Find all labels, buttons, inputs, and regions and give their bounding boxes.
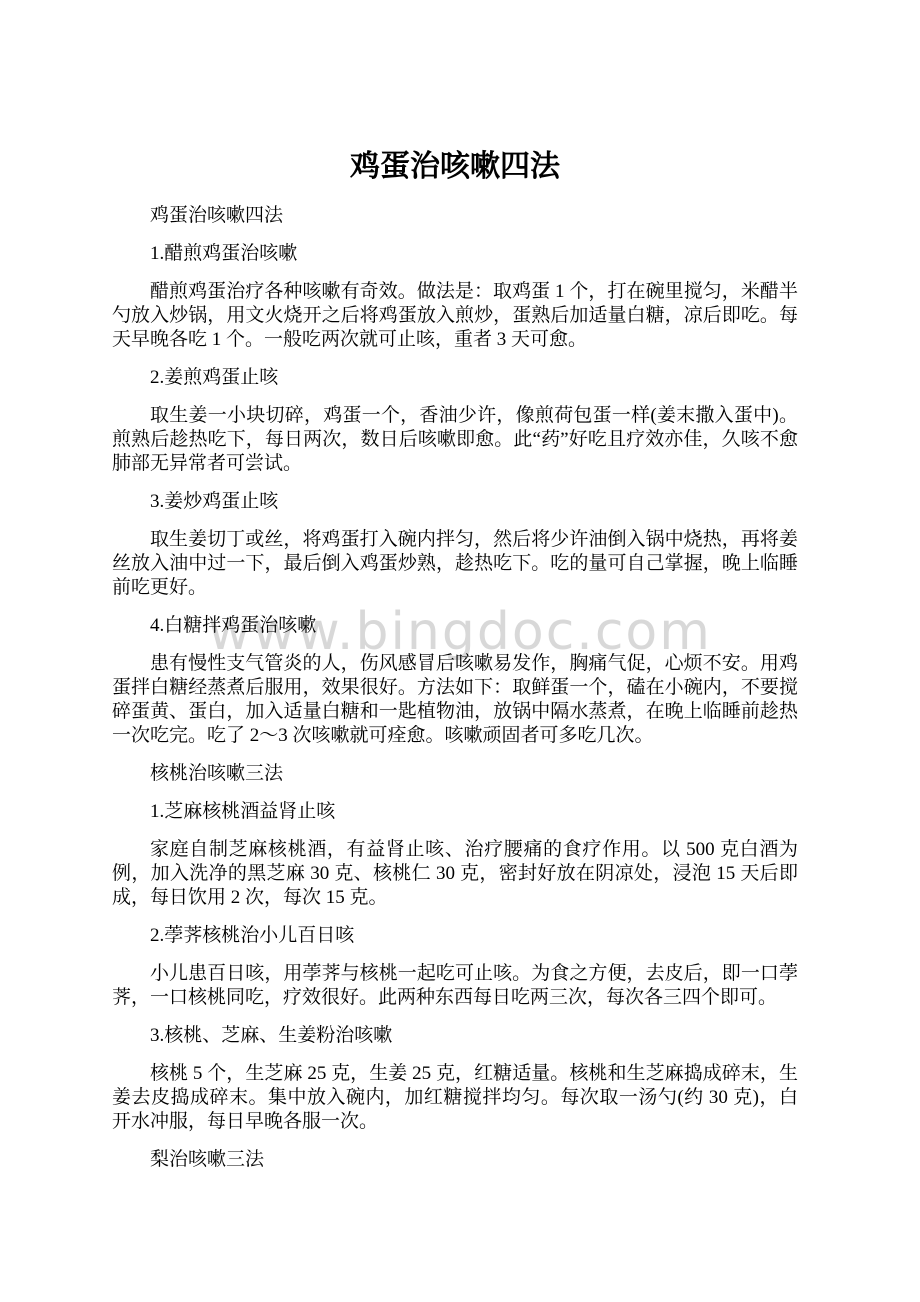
document-title: 鸡蛋治咳嗽四法 (112, 148, 798, 186)
section-heading: 1.芝麻核桃酒益肾止咳 (112, 800, 798, 824)
paragraph: 患有慢性支气管炎的人，伤风感冒后咳嗽易发作，胸痛气促，心烦不安。用鸡蛋拌白糖经蒸… (112, 652, 798, 748)
section-heading: 2.荸荠核桃治小儿百日咳 (112, 924, 798, 948)
section-heading: 2.姜煎鸡蛋止咳 (112, 366, 798, 390)
paragraph: 取生姜切丁或丝，将鸡蛋打入碗内拌匀，然后将少许油倒入锅中烧热，再将姜丝放入油中过… (112, 528, 798, 600)
document-content: 鸡蛋治咳嗽四法 鸡蛋治咳嗽四法 1.醋煎鸡蛋治咳嗽 醋煎鸡蛋治疗各种咳嗽有奇效。… (0, 0, 920, 1172)
paragraph: 核桃 5 个，生芝麻 25 克，生姜 25 克，红糖适量。核桃和生芝麻捣成碎末，… (112, 1062, 798, 1134)
section-subtitle: 核桃治咳嗽三法 (112, 762, 798, 786)
section-heading: 3.姜炒鸡蛋止咳 (112, 490, 798, 514)
section-subtitle: 鸡蛋治咳嗽四法 (112, 204, 798, 228)
paragraph: 取生姜一小块切碎，鸡蛋一个，香油少许，像煎荷包蛋一样(姜末撒入蛋中)。煎熟后趁热… (112, 404, 798, 476)
section-heading: 4.白糖拌鸡蛋治咳嗽 (112, 614, 798, 638)
paragraph: 家庭自制芝麻核桃酒，有益肾止咳、治疗腰痛的食疗作用。以 500 克白酒为例，加入… (112, 838, 798, 910)
paragraph: 醋煎鸡蛋治疗各种咳嗽有奇效。做法是：取鸡蛋 1 个，打在碗里搅匀，米醋半勺放入炒… (112, 280, 798, 352)
paragraph: 小儿患百日咳，用荸荠与核桃一起吃可止咳。为食之方便，去皮后，即一口荸荠，一口核桃… (112, 962, 798, 1010)
document-page: www.bingdoc.com 鸡蛋治咳嗽四法 鸡蛋治咳嗽四法 1.醋煎鸡蛋治咳… (0, 0, 920, 1302)
section-heading: 1.醋煎鸡蛋治咳嗽 (112, 242, 798, 266)
section-subtitle: 梨治咳嗽三法 (112, 1148, 798, 1172)
section-heading: 3.核桃、芝麻、生姜粉治咳嗽 (112, 1024, 798, 1048)
